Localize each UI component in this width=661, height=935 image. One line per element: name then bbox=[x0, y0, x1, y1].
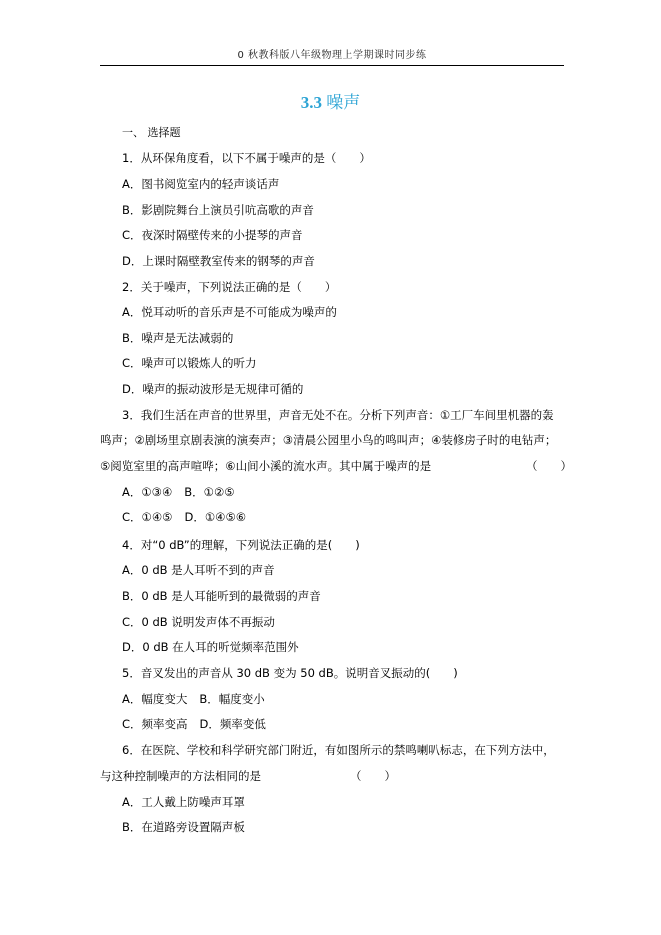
question-5-option-a: A．幅度变大 bbox=[122, 692, 187, 706]
question-1-option-c: C．夜深时隔壁传来的小提琴的声音 bbox=[122, 228, 303, 242]
question-1-option-a: A．图书阅览室内的轻声谈话声 bbox=[122, 177, 279, 191]
question-4-option-b: B．0 dB 是人耳能听到的最微弱的声音 bbox=[122, 589, 321, 603]
title-number: 3.3 bbox=[301, 93, 322, 112]
question-6-stem-line-2: 与这种控制噪声的方法相同的是 bbox=[100, 769, 261, 783]
question-2-option-a: A．悦耳动听的音乐声是不可能成为噪声的 bbox=[122, 305, 337, 319]
question-2-option-d: D．噪声的振动波形是无规律可循的 bbox=[122, 382, 303, 396]
question-2-option-c: C．噪声可以锻炼人的听力 bbox=[122, 356, 257, 370]
question-1-stem: 1．从环保角度看，以下不属于噪声的是（ ） bbox=[122, 151, 371, 165]
question-3-stem-line-3: ⑤阅览室里的高声喧哗；⑥山间小溪的流水声。其中属于噪声的是 bbox=[100, 459, 431, 473]
question-3-option-b: B．①②⑤ bbox=[184, 485, 234, 499]
question-6-stem-line-1: 6．在医院、学校和科学研究部门附近，有如图所示的禁鸣喇叭标志，在下列方法中， bbox=[122, 743, 555, 757]
question-3-option-d: D．①④⑤⑥ bbox=[184, 510, 246, 524]
question-5-option-c: C．频率变高 bbox=[122, 717, 188, 731]
question-4-option-a: A．0 dB 是人耳听不到的声音 bbox=[122, 563, 275, 577]
question-3-stem-line-1: 3．我们生活在声音的世界里，声音无处不在。分析下列声音：①工厂车间里机器的轰 bbox=[122, 408, 554, 422]
question-1-option-d: D．上课时隔壁教室传来的钢琴的声音 bbox=[122, 254, 315, 268]
question-4-stem: 4．对“0 dB”的理解，下列说法正确的是( ) bbox=[122, 538, 360, 552]
section-heading: 一、 选择题 bbox=[122, 126, 181, 140]
question-6-answer-paren: （ ） bbox=[350, 769, 396, 783]
question-4-option-d: D．0 dB 在人耳的听觉频率范围外 bbox=[122, 640, 299, 654]
question-6-option-a: A．工人戴上防噪声耳罩 bbox=[122, 795, 245, 809]
question-3-options-row-1: A．①③④B．①②⑤ bbox=[122, 485, 235, 499]
question-2-stem: 2．关于噪声，下列说法正确的是（ ） bbox=[122, 280, 336, 294]
question-6-option-b: B．在道路旁设置隔声板 bbox=[122, 820, 245, 834]
question-5-option-d: D．频率变低 bbox=[200, 717, 266, 731]
question-5-options-row-2: C．频率变高D．频率变低 bbox=[122, 717, 266, 731]
question-5-stem: 5．音叉发出的声音从 30 dB 变为 50 dB。说明音叉振动的( ) bbox=[122, 666, 458, 680]
question-3-option-c: C．①④⑤ bbox=[122, 510, 172, 524]
question-5-options-row-1: A．幅度变大B．幅度变小 bbox=[122, 692, 265, 706]
question-5-option-b: B．幅度变小 bbox=[199, 692, 264, 706]
page-header: 0 秋教科版八年级物理上学期课时同步练 bbox=[100, 46, 564, 66]
title-name: 噪声 bbox=[326, 93, 360, 113]
question-1-option-b: B．影剧院舞台上演员引吭高歌的声音 bbox=[122, 203, 314, 217]
question-3-stem-line-2: 鸣声；②剧场里京剧表演的演奏声；③清晨公园里小鸟的鸣叫声；④装修房子时的电钻声； bbox=[100, 433, 556, 447]
question-3-options-row-2: C．①④⑤D．①④⑤⑥ bbox=[122, 510, 246, 524]
question-4-option-c: C．0 dB 说明发声体不再振动 bbox=[122, 615, 275, 629]
question-3-answer-paren: （ ） bbox=[526, 459, 572, 473]
question-3-option-a: A．①③④ bbox=[122, 485, 172, 499]
page-title: 3.3 噪声 bbox=[0, 88, 661, 113]
question-2-option-b: B．噪声是无法减弱的 bbox=[122, 331, 233, 345]
